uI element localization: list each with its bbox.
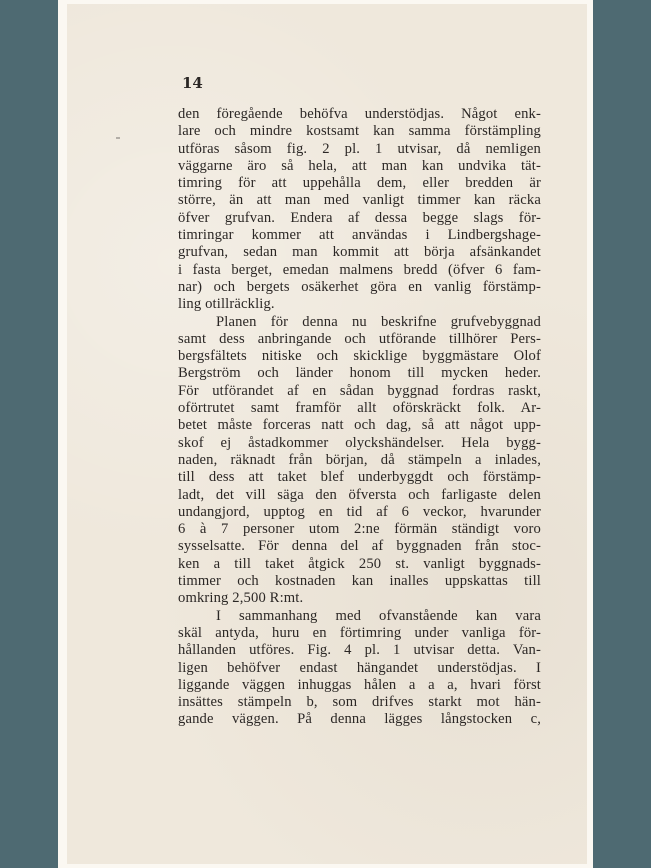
text-line: betet måste forceras natt och dag, så at… <box>178 417 541 434</box>
text-line: bergsfältets nitiske och skicklige byggm… <box>178 348 541 365</box>
text-line: ling otillräcklig. <box>178 296 541 313</box>
text-line: lare och mindre kostsamt kan samma först… <box>178 123 541 140</box>
text-line: omkring 2,500 R:mt. <box>178 590 541 607</box>
text-line: hållanden utföres. Fig. 4 pl. 1 utvisar … <box>178 642 541 659</box>
text-line: oförtrutet samt framför allt oförskräckt… <box>178 400 541 417</box>
text-line: insättes stämpeln b, som drifves starkt … <box>178 694 541 711</box>
text-line: samt dess anbringande och utförande till… <box>178 331 541 348</box>
text-line: sysselsatte. För denna del af byggnaden … <box>178 538 541 555</box>
text-line: naden, räknadt från början, då stämpeln … <box>178 452 541 469</box>
text-line: grufvan, sedan man kommit att börja afsä… <box>178 244 541 261</box>
text-line: För utförandet af en sådan byggnad fordr… <box>178 383 541 400</box>
page-number: 14 <box>182 74 203 92</box>
text-line: timringar kommer att användas i Lindberg… <box>178 227 541 244</box>
text-line: Planen för denna nu beskrifne grufvebygg… <box>178 314 541 331</box>
text-line: undangjord, upptog en tid af 6 veckor, h… <box>178 504 541 521</box>
text-line: ligen behöfver endast hängandet understö… <box>178 660 541 677</box>
paper-speck <box>116 137 120 139</box>
text-line: utföras såsom fig. 2 pl. 1 utvisar, då n… <box>178 141 541 158</box>
text-line: i fasta berget, emedan malmens bredd (öf… <box>178 262 541 279</box>
text-line: gande väggen. På denna lägges långstocke… <box>178 711 541 728</box>
body-text: den föregående behöfva understödjas. Någ… <box>178 106 541 729</box>
paragraph-2: Planen för denna nu beskrifne grufvebygg… <box>178 314 541 608</box>
text-line: ladt, det vill säga den öfversta och far… <box>178 487 541 504</box>
text-line: timmer och kostnaden kan inalles uppskat… <box>178 573 541 590</box>
text-line: 6 à 7 personer utom 2:ne förmän ständigt… <box>178 521 541 538</box>
text-line: den föregående behöfva understödjas. Någ… <box>178 106 541 123</box>
text-line: större, än att man med vanligt timmer ka… <box>178 192 541 209</box>
text-line: I sammanhang med ofvanstående kan vara <box>178 608 541 625</box>
text-line: skäl antyda, huru en förtimring under va… <box>178 625 541 642</box>
paragraph-3: I sammanhang med ofvanstående kan vara s… <box>178 608 541 729</box>
text-line: öfver grufvan. Endera af dessa begge sla… <box>178 210 541 227</box>
text-line: Bergström och länder honom till mycken h… <box>178 365 541 382</box>
text-line: liggande väggen inhuggas hålen a a a, hv… <box>178 677 541 694</box>
text-line: nar) och bergets osäkerhet göra en vanli… <box>178 279 541 296</box>
text-line: timring för att uppehålla dem, eller bre… <box>178 175 541 192</box>
text-line: till dess att taket blef underbyggdt och… <box>178 469 541 486</box>
paragraph-1: den föregående behöfva understödjas. Någ… <box>178 106 541 314</box>
text-line: ken a till taket åtgick 250 st. vanligt … <box>178 556 541 573</box>
text-line: väggarne äro så hela, att man kan undvik… <box>178 158 541 175</box>
text-line: skof ej åstadkommer olyckshändelser. Hel… <box>178 435 541 452</box>
